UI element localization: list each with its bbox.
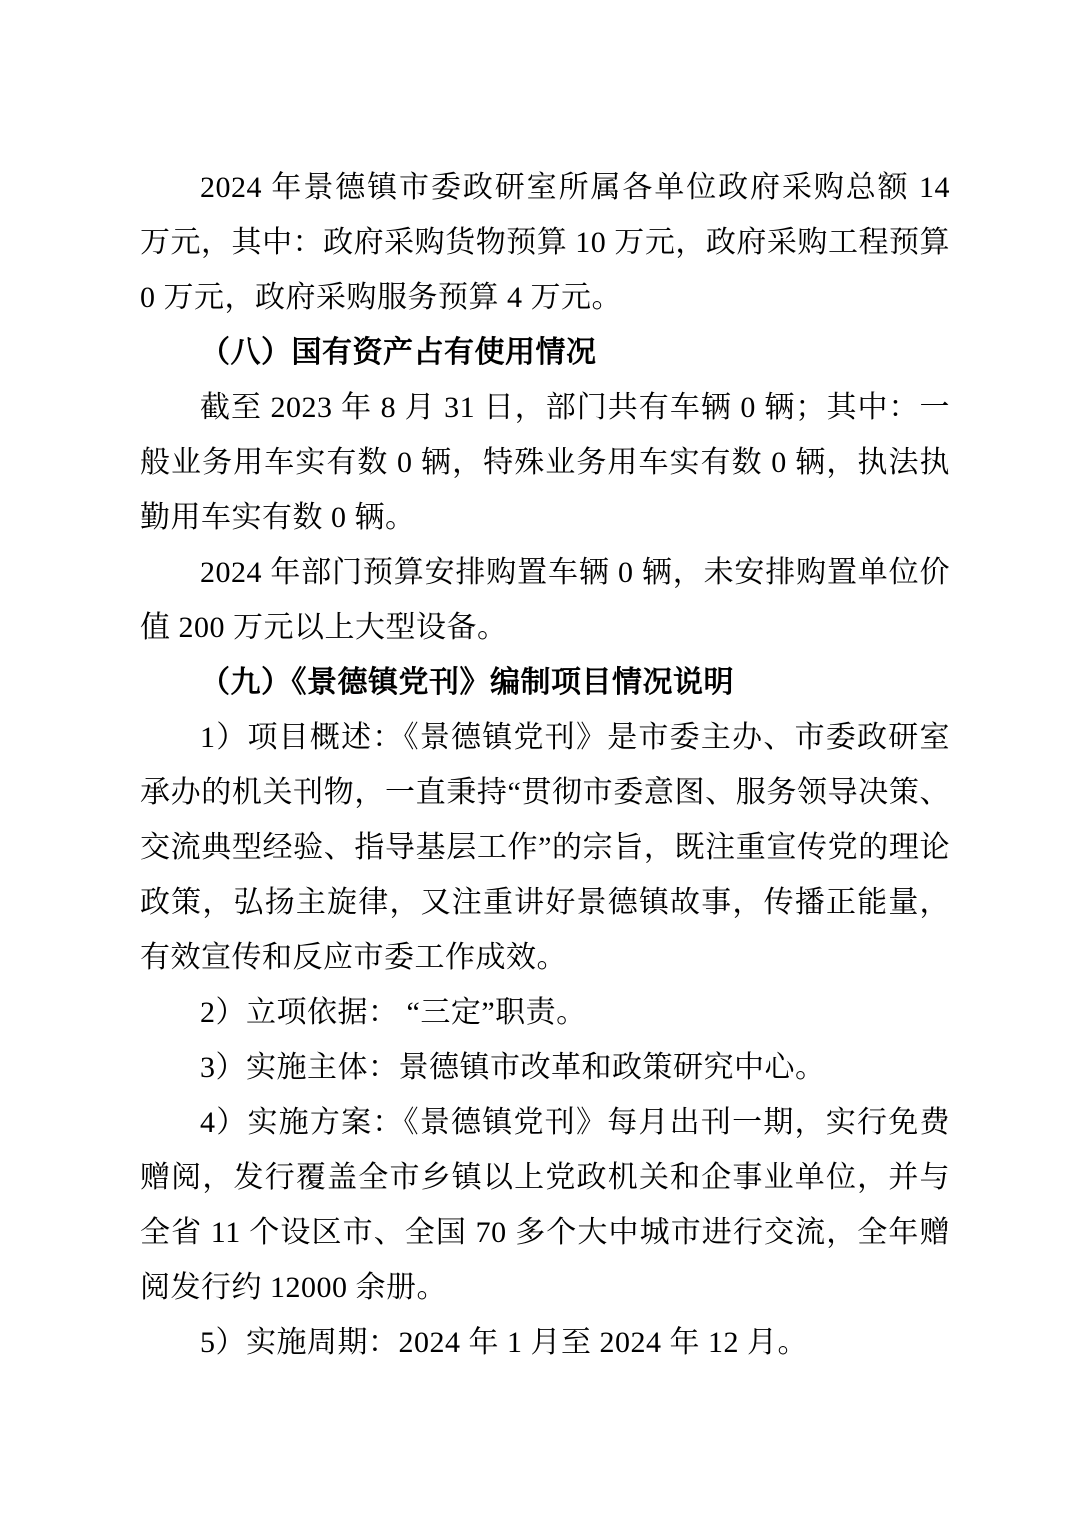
- paragraph-project-overview: 1）项目概述：《景德镇党刊》是市委主办、市委政研室承办的机关刊物，一直秉持“贯彻…: [140, 710, 950, 985]
- paragraph-implementing-body: 3）实施主体：景德镇市改革和政策研究中心。: [140, 1040, 950, 1095]
- paragraph-vehicle-counts: 截至 2023 年 8 月 31 日，部门共有车辆 0 辆；其中：一般业务用车实…: [140, 380, 950, 545]
- document-body: 2024 年景德镇市委政研室所属各单位政府采购总额 14 万元，其中：政府采购货…: [140, 160, 950, 1370]
- section-heading-9-party-journal-project: （九）《景德镇党刊》编制项目情况说明: [140, 655, 950, 710]
- paragraph-vehicle-purchase-plan: 2024 年部门预算安排购置车辆 0 辆，未安排购置单位价值 200 万元以上大…: [140, 545, 950, 655]
- paragraph-project-basis: 2）立项依据： “三定”职责。: [140, 985, 950, 1040]
- paragraph-implementation-plan: 4）实施方案：《景德镇党刊》每月出刊一期，实行免费赠阅，发行覆盖全市乡镇以上党政…: [140, 1095, 950, 1315]
- paragraph-implementation-period: 5）实施周期：2024 年 1 月至 2024 年 12 月。: [140, 1315, 950, 1370]
- section-heading-8-state-assets: （八）国有资产占有使用情况: [140, 325, 950, 380]
- document-page: 2024 年景德镇市委政研室所属各单位政府采购总额 14 万元，其中：政府采购货…: [0, 0, 1074, 1520]
- paragraph-procurement-total: 2024 年景德镇市委政研室所属各单位政府采购总额 14 万元，其中：政府采购货…: [140, 160, 950, 325]
